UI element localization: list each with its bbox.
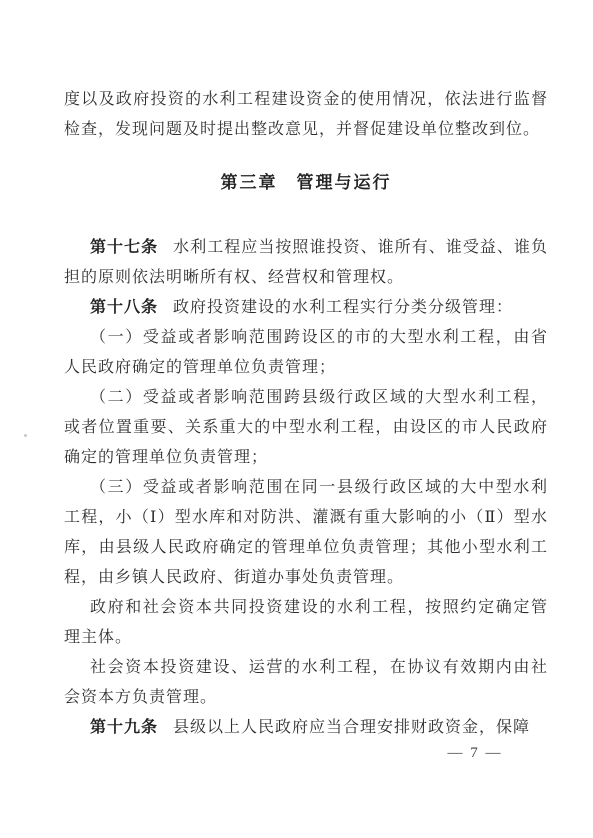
item-2-paragraph: （二）受益或者影响范围跨县级行政区域的大型水利工程，或者位置重要、关系重大的中型… <box>64 383 548 473</box>
article-18-number: 第十八条 <box>90 299 158 316</box>
paragraph-joint-investment: 政府和社会资本共同投资建设的水利工程，按照约定确定管理主体。 <box>64 593 548 653</box>
document-body: 度以及政府投资的水利工程建设资金的使用情况，依法进行监督检查，发现问题及时提出整… <box>64 85 548 743</box>
scanned-document-page: 度以及政府投资的水利工程建设资金的使用情况，依法进行监督检查，发现问题及时提出整… <box>0 0 593 838</box>
item-1-paragraph: （一）受益或者影响范围跨设区的市的大型水利工程，由省人民政府确定的管理单位负责管… <box>64 323 548 383</box>
paragraph-social-capital: 社会资本投资建设、运营的水利工程，在协议有效期内由社会资本方负责管理。 <box>64 653 548 713</box>
chapter-heading: 第三章 管理与运行 <box>64 171 548 195</box>
article-18-paragraph: 第十八条政府投资建设的水利工程实行分类分级管理： <box>64 293 548 323</box>
article-17-paragraph: 第十七条水利工程应当按照谁投资、谁所有、谁受益、谁负担的原则依法明晰所有权、经营… <box>64 233 548 293</box>
paragraph-continuation: 度以及政府投资的水利工程建设资金的使用情况，依法进行监督检查，发现问题及时提出整… <box>64 85 548 145</box>
scan-artifact-speck <box>24 434 27 437</box>
article-19-text: 县级以上人民政府应当合理安排财政资金，保障 <box>173 719 530 736</box>
article-19-number: 第十九条 <box>90 719 158 736</box>
article-19-paragraph: 第十九条县级以上人民政府应当合理安排财政资金，保障 <box>64 713 548 743</box>
article-18-text: 政府投资建设的水利工程实行分类分级管理： <box>173 299 513 316</box>
page-number: — 7 — <box>443 744 507 762</box>
article-17-number: 第十七条 <box>90 239 158 256</box>
item-3-paragraph: （三）受益或者影响范围在同一县级行政区域的大中型水利工程，小（Ⅰ）型水库和对防洪… <box>64 473 548 593</box>
